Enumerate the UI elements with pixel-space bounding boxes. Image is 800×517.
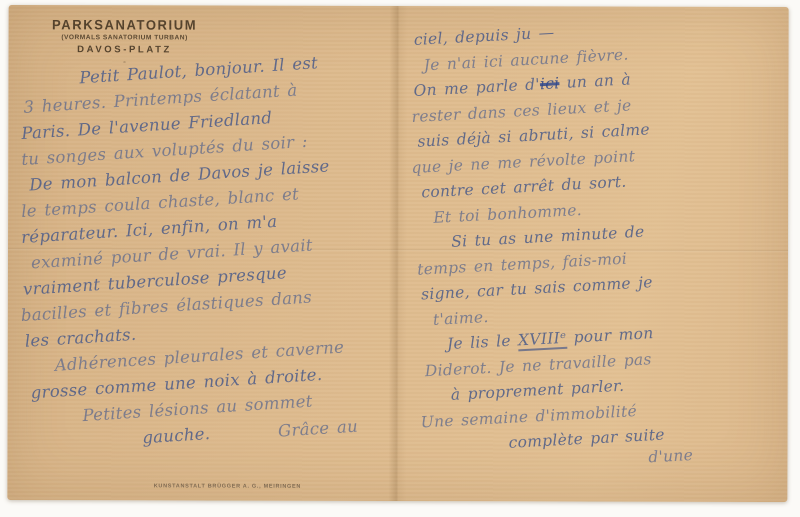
- crossed-line-suffix: un an à: [559, 70, 631, 92]
- crossed-out-word: ici: [539, 74, 559, 93]
- printer-imprint: KUNSTANSTALT BRÜGGER A. G., MEIRINGEN: [147, 483, 307, 489]
- underlined-title: XVIIIᵉ: [518, 329, 567, 352]
- letterhead-name: PARKSANATORIUM: [51, 17, 199, 33]
- letter-sheet: PARKSANATORIUM (VORMALS SANATORIUM TURBA…: [7, 5, 788, 502]
- reading-line-prefix: Je lis le: [446, 331, 518, 353]
- reading-line-suffix: pour mon: [566, 324, 654, 347]
- photo-background: PARKSANATORIUM (VORMALS SANATORIUM TURBA…: [0, 0, 800, 517]
- left-page: Petit Paulot, bonjour. Il est 3 heures. …: [21, 69, 404, 462]
- letterhead-subtitle: (VORMALS SANATORIUM TURBAN): [51, 34, 199, 41]
- crossed-line-prefix: On me parle d': [413, 75, 540, 100]
- letterhead-location: DAVOS-PLATZ: [51, 44, 199, 55]
- right-page: ciel, depuis ju — Je n'ai ici aucune fiè…: [411, 28, 788, 484]
